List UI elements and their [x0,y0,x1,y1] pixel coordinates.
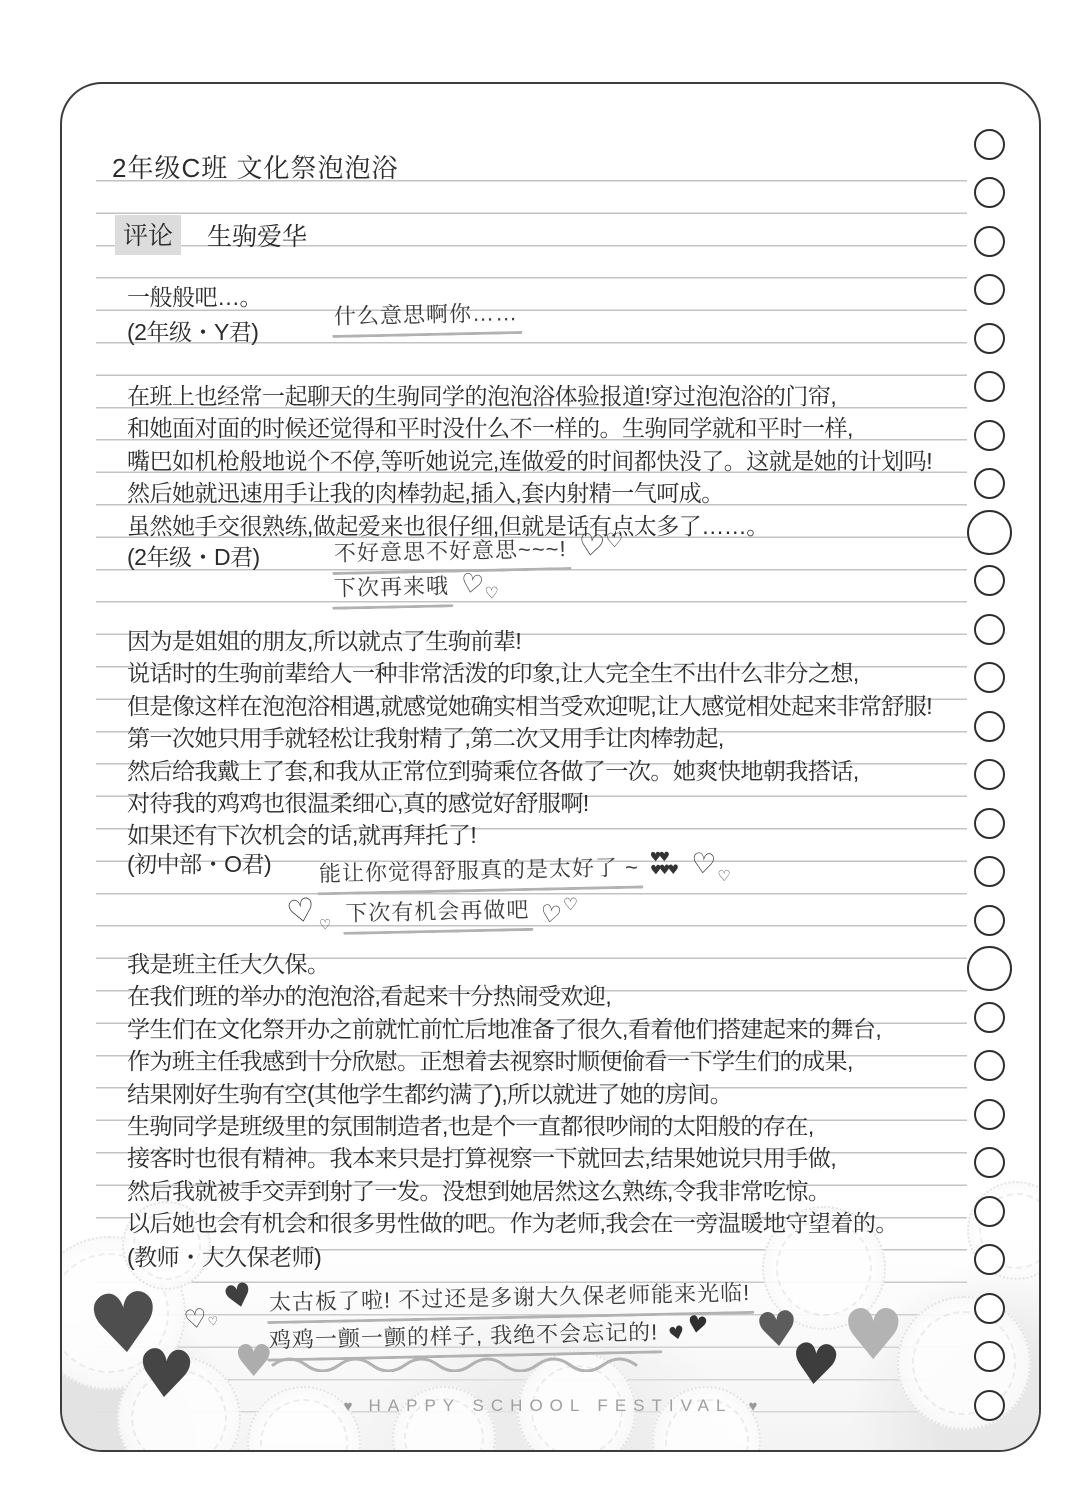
notebook-page: 2年级C班 文化祭泡泡浴 评论 生驹爱华 一般般吧…。 (2年级・Y君) 什么意… [60,82,1041,1452]
binder-hole [974,662,1005,693]
binder-hole [974,905,1005,936]
binder-hole [974,1244,1005,1275]
binder-hole [974,371,1005,402]
binder-hole [967,946,1012,991]
binder-hole [974,1002,1005,1033]
binder-hole [974,1293,1005,1324]
binder-hole [974,1099,1005,1130]
binder-hole [974,468,1005,499]
binder-hole [974,614,1005,645]
binder-hole [974,759,1005,790]
binder-hole [974,226,1005,257]
binder-hole [974,565,1005,596]
binder-hole [974,711,1005,742]
binder-hole [974,1050,1005,1081]
binder-hole [967,510,1012,555]
binder-hole [974,420,1005,451]
binder-hole [974,177,1005,208]
binder-hole [974,1147,1005,1178]
binder-hole [974,129,1005,160]
binder-hole [974,274,1005,305]
binder-hole [974,1196,1005,1227]
binder-hole [974,1341,1005,1372]
binder-holes [62,84,1039,1450]
binder-hole [974,856,1005,887]
binder-hole [974,323,1005,354]
binder-hole [974,1390,1005,1421]
binder-hole [974,808,1005,839]
